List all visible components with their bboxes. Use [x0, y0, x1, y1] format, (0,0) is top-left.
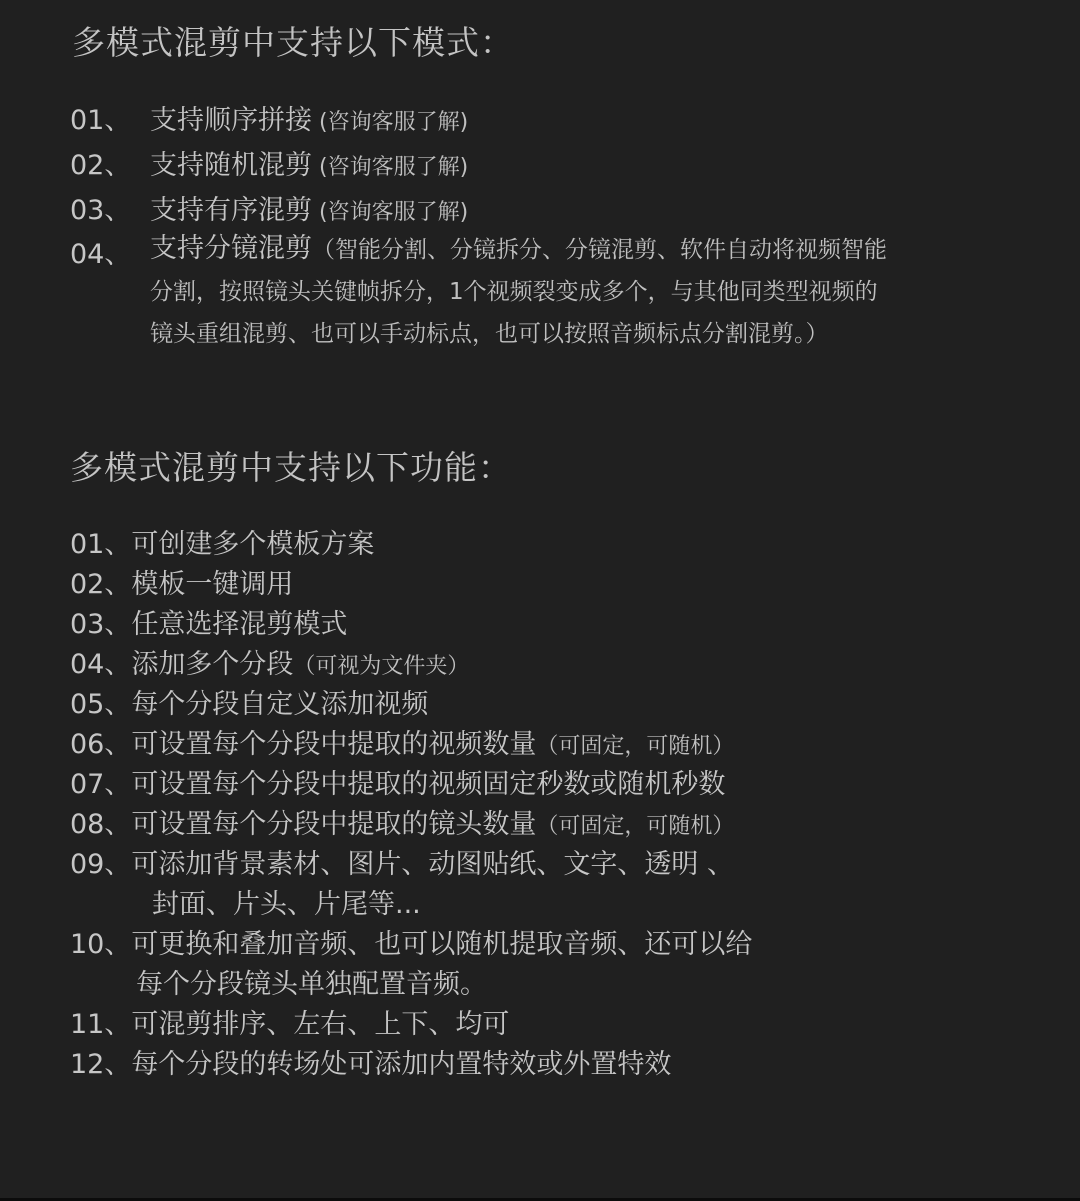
item-note: （可视为文件夹） — [293, 654, 469, 679]
item-number: 03、 — [70, 609, 131, 640]
item-note: （可固定，可随机） — [536, 814, 734, 839]
item-label: 支持随机混剪 — [150, 150, 312, 181]
item-number: 06、 — [70, 729, 131, 760]
item-number: 01、 — [70, 98, 150, 137]
item-number: 11、 — [70, 1009, 131, 1040]
item-label: 支持分镜混剪 — [150, 233, 312, 264]
item-number: 03、 — [70, 188, 150, 227]
item-note: (咨询客服了解) — [312, 110, 468, 135]
item-note: （可固定，可随机） — [536, 734, 734, 759]
item-label: 可设置每个分段中提取的视频数量 — [131, 729, 536, 760]
feature-item-11: 11、可混剪排序、左右、上下、均可 — [70, 1002, 509, 1041]
item-number: 02、 — [70, 143, 150, 182]
item-note: (咨询客服了解) — [312, 200, 468, 225]
feature-item-5: 05、每个分段自定义添加视频 — [70, 682, 428, 721]
feature-item-10: 10、可更换和叠加音频、也可以随机提取音频、还可以给 — [70, 922, 752, 961]
feature-item-8: 08、可设置每个分段中提取的镜头数量（可固定，可随机） — [70, 802, 734, 841]
item-note: (咨询客服了解) — [312, 155, 468, 180]
feature-item-3: 03、任意选择混剪模式 — [70, 602, 347, 641]
feature-item-6: 06、可设置每个分段中提取的视频数量（可固定，可随机） — [70, 722, 734, 761]
item-number: 02、 — [70, 569, 131, 600]
item-label: 任意选择混剪模式 — [131, 609, 347, 640]
item-label: 可设置每个分段中提取的镜头数量 — [131, 809, 536, 840]
feature-item-4: 04、添加多个分段（可视为文件夹） — [70, 642, 469, 681]
item-number: 10、 — [70, 929, 131, 960]
item-number: 04、 — [70, 649, 131, 680]
item-number: 08、 — [70, 809, 131, 840]
feature-item-2: 02、模板一键调用 — [70, 562, 293, 601]
item-label: 可添加背景素材、图片、动图贴纸、文字、透明 、 — [131, 849, 734, 880]
item-label: 每个分段的转场处可添加内置特效或外置特效 — [131, 1049, 671, 1080]
item-number: 05、 — [70, 689, 131, 720]
feature-item-10-continuation: 每个分段镜头单独配置音频。 — [136, 962, 487, 1001]
mode-item-3: 03、支持有序混剪 (咨询客服了解) — [70, 188, 468, 227]
mode-item-2: 02、支持随机混剪 (咨询客服了解) — [70, 143, 468, 182]
feature-item-7: 07、可设置每个分段中提取的视频固定秒数或随机秒数 — [70, 762, 725, 801]
item-label: 可设置每个分段中提取的视频固定秒数或随机秒数 — [131, 769, 725, 800]
feature-item-9: 09、可添加背景素材、图片、动图贴纸、文字、透明 、 — [70, 842, 734, 881]
item-number: 09、 — [70, 849, 131, 880]
item-number: 01、 — [70, 529, 131, 560]
feature-item-9-continuation: 封面、片头、片尾等... — [152, 882, 421, 921]
item-number: 12、 — [70, 1049, 131, 1080]
item-label: 每个分段自定义添加视频 — [131, 689, 428, 720]
item-number: 04、 — [70, 232, 150, 271]
item-label: 模板一键调用 — [131, 569, 293, 600]
item-label: 可混剪排序、左右、上下、均可 — [131, 1009, 509, 1040]
feature-item-12: 12、每个分段的转场处可添加内置特效或外置特效 — [70, 1042, 671, 1081]
mode-item-1: 01、支持顺序拼接 (咨询客服了解) — [70, 98, 468, 137]
item-number: 07、 — [70, 769, 131, 800]
modes-heading: 多模式混剪中支持以下模式： — [72, 17, 514, 64]
item-label: 可更换和叠加音频、也可以随机提取音频、还可以给 — [131, 929, 752, 960]
item-label: 支持顺序拼接 — [150, 105, 312, 136]
mode-item-4: 支持分镜混剪（智能分割、分镜拆分、分镜混剪、软件自动将视频智能分割，按照镜头关键… — [150, 228, 890, 355]
mode-item-4-number: 04、 — [70, 232, 150, 271]
item-label: 支持有序混剪 — [150, 195, 312, 226]
feature-item-1: 01、可创建多个模板方案 — [70, 522, 374, 561]
item-label: 可创建多个模板方案 — [131, 529, 374, 560]
item-label: 添加多个分段 — [131, 649, 293, 680]
features-heading: 多模式混剪中支持以下功能： — [70, 442, 512, 489]
